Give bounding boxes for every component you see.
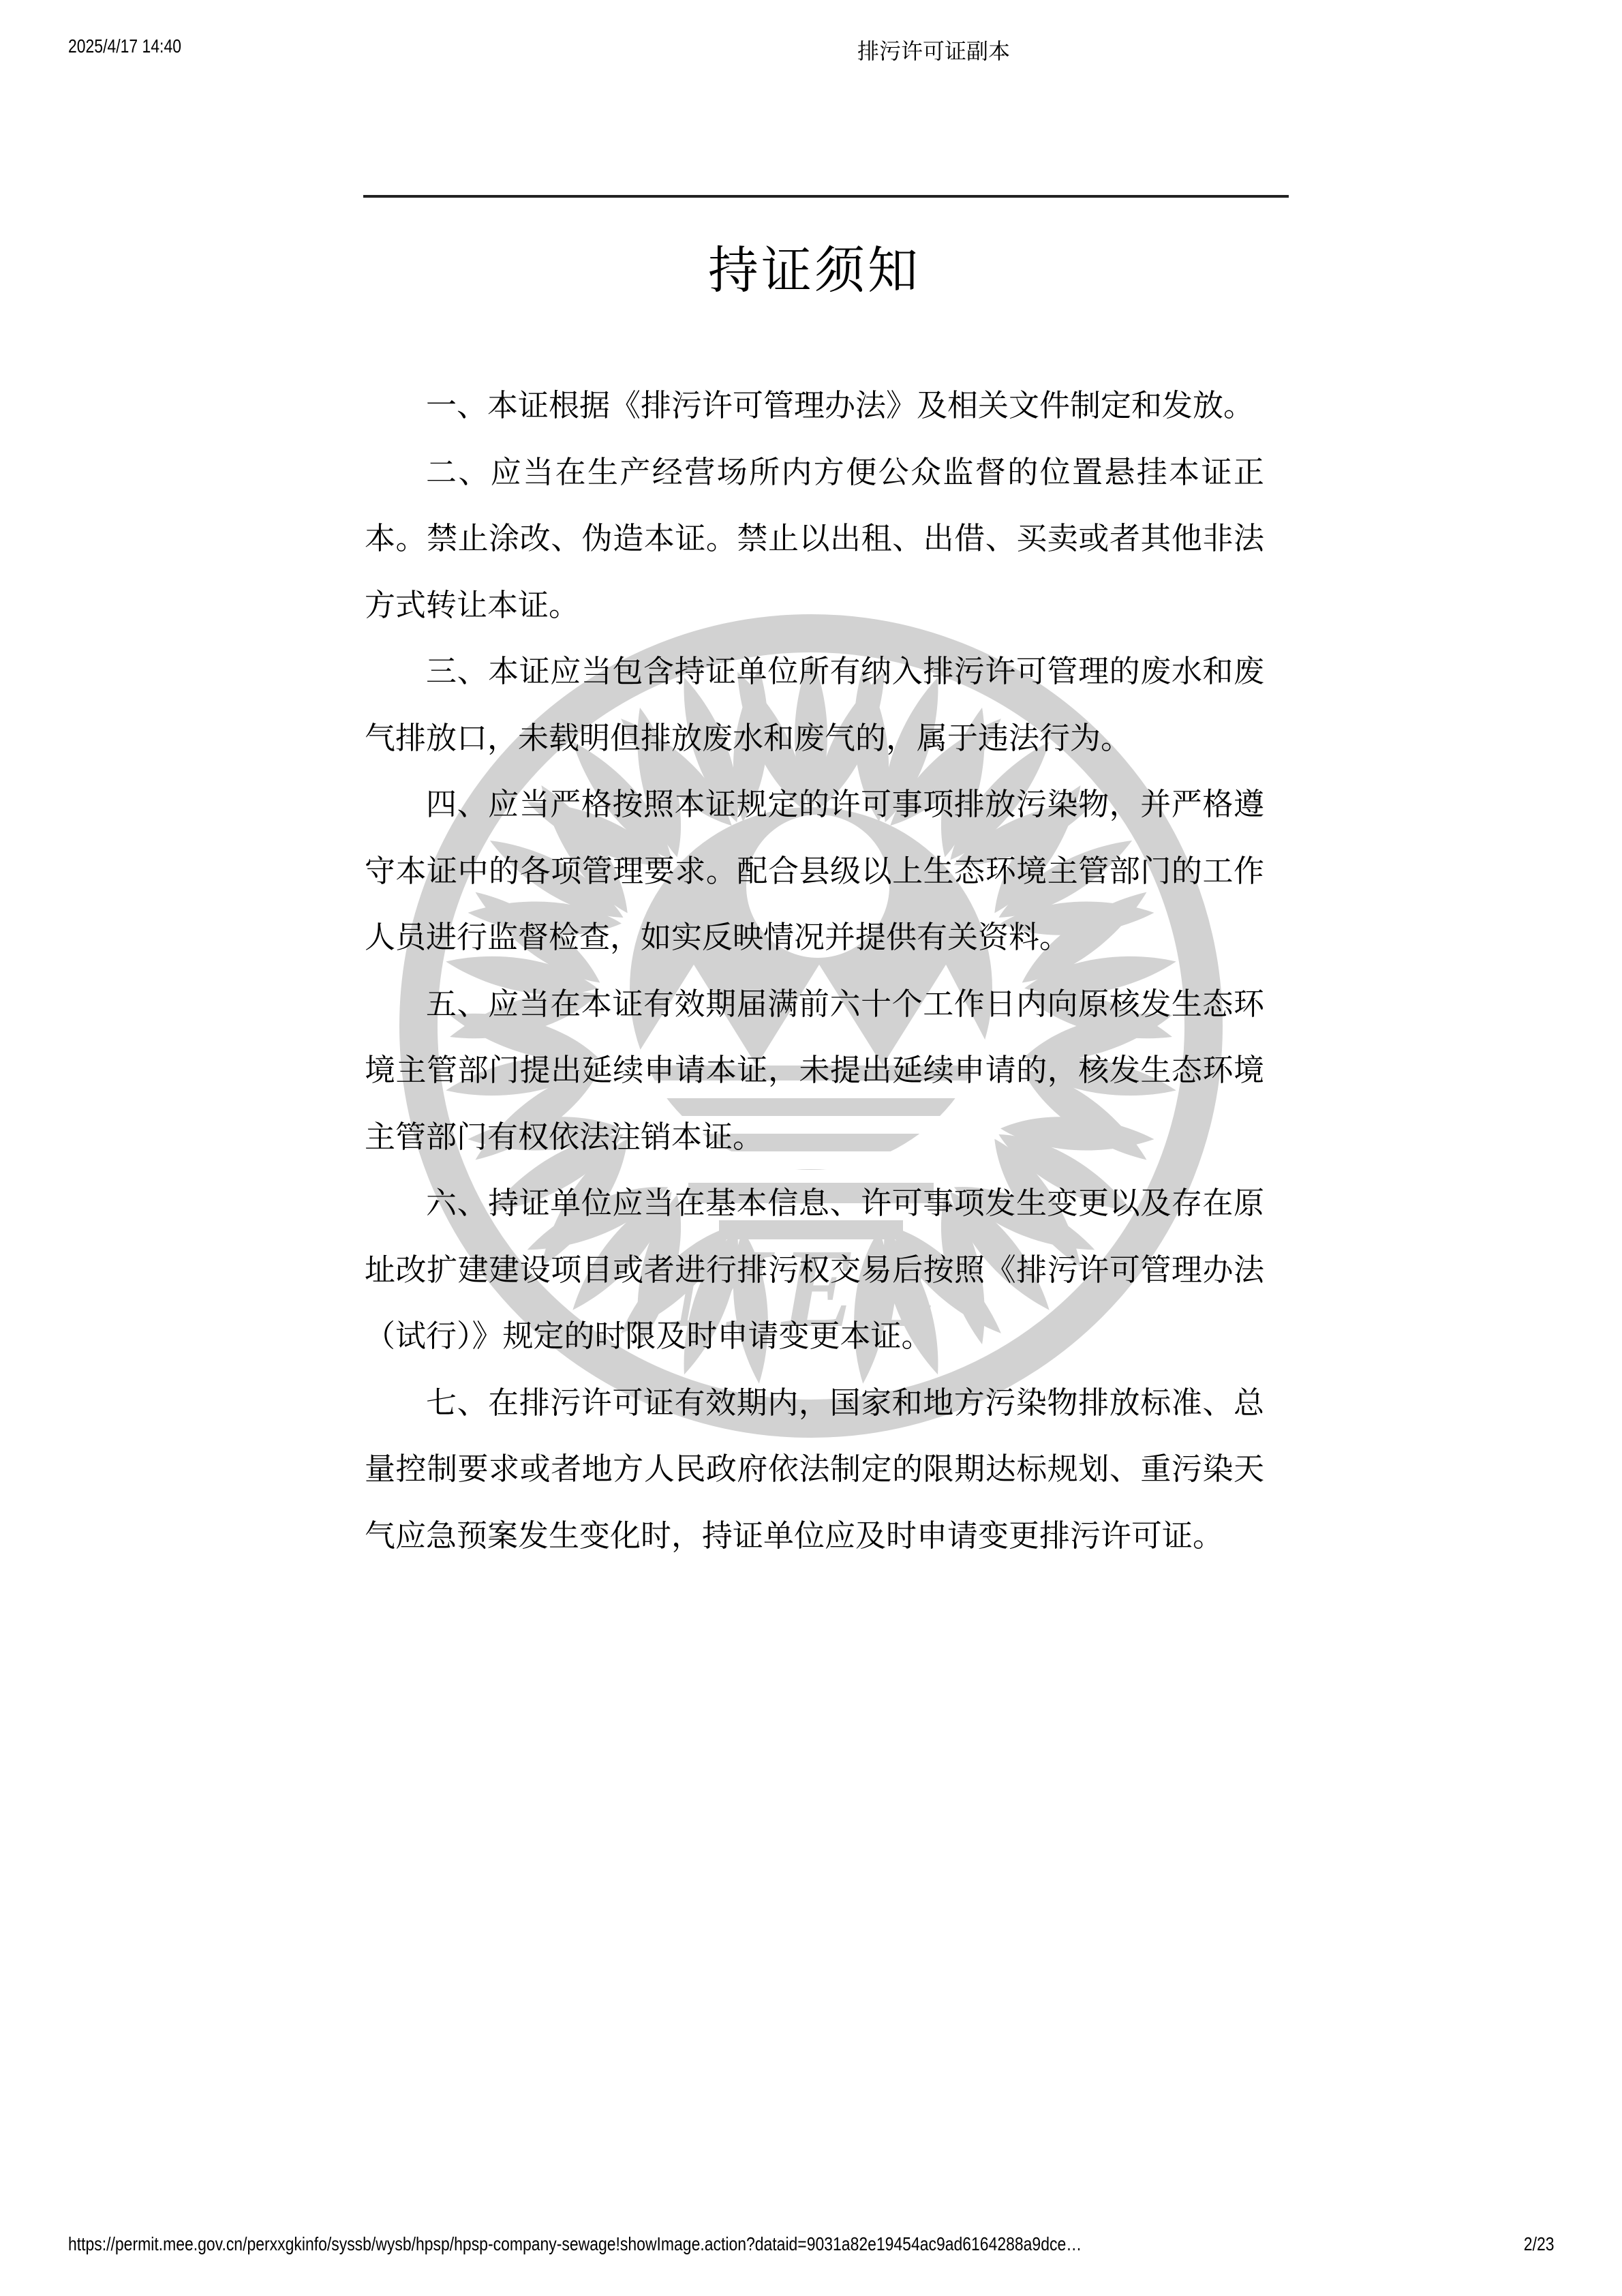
notice-paragraph-3: 三、本证应当包含持证单位所有纳入排污许可管理的废水和废气排放口，未载明但排放废水…: [365, 638, 1264, 771]
notice-title: 持证须知: [365, 230, 1264, 303]
notice-paragraph-4: 四、应当严格按照本证规定的许可事项排放污染物，并严格遵守本证中的各项管理要求。配…: [365, 771, 1264, 971]
notice-body: 一、本证根据《排污许可管理办法》及相关文件制定和发放。 二、应当在生产经营场所内…: [365, 372, 1264, 1569]
print-footer-page-indicator: 2/23: [1517, 2233, 1555, 2255]
title-divider-rule: [363, 195, 1289, 198]
notice-paragraph-5: 五、应当在本证有效期届满前六十个工作日内向原核发生态环境主管部门提出延续申请本证…: [365, 971, 1264, 1170]
print-header-datetime-text: 2025/4/17 14:40: [68, 35, 181, 57]
notice-paragraph-7: 七、在排污许可证有效期内，国家和地方污染物排放标准、总量控制要求或者地方人民政府…: [365, 1370, 1264, 1569]
notice-paragraph-2: 二、应当在生产经营场所内方便公众监督的位置悬挂本证正本。禁止涂改、伪造本证。禁止…: [365, 439, 1264, 639]
notice-paragraph-6: 六、持证单位应当在基本信息、许可事项发生变更以及存在原址改扩建建设项目或者进行排…: [365, 1170, 1264, 1370]
print-header-datetime: 2025/4/17 14:40: [68, 35, 206, 57]
print-footer-page-text: 2/23: [1523, 2233, 1554, 2255]
print-footer-url: https://permit.mee.gov.cn/perxxgkinfo/sy…: [68, 2233, 1304, 2255]
print-preview-page: 2025/4/17 14:40 排污许可证副本: [0, 0, 1622, 2296]
print-header-doc-title: 排污许可证副本: [857, 34, 1010, 65]
notice-paragraph-1: 一、本证根据《排污许可管理办法》及相关文件制定和发放。: [365, 372, 1264, 439]
print-footer-url-text: https://permit.mee.gov.cn/perxxgkinfo/sy…: [68, 2233, 1082, 2255]
